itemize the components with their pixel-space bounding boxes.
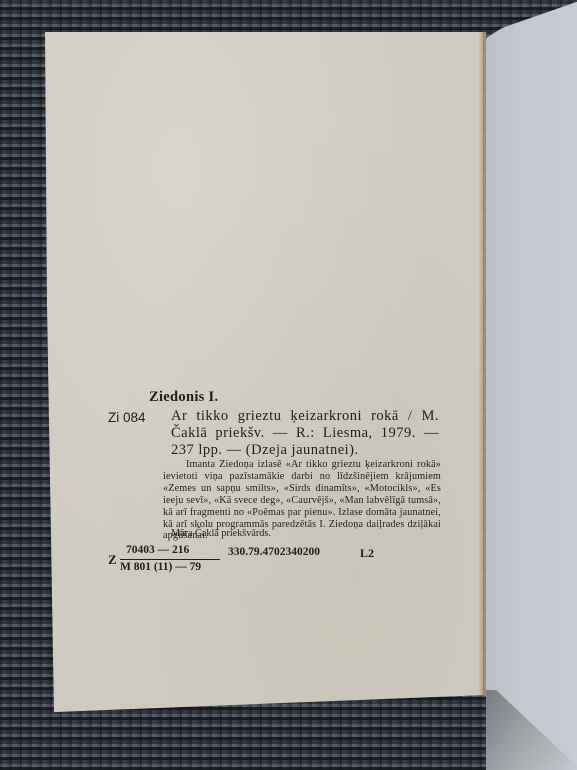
call-number: Zi 084 [108, 410, 146, 425]
page-gutter-edge [478, 32, 486, 696]
index-line: Z 70403 — 216 M 801 (11) — 79 330.79.470… [108, 544, 443, 578]
foreword-credit: Māra Čaklā priekšvārds. [171, 528, 271, 539]
index-numerator: 70403 — 216 [126, 544, 189, 556]
fraction-bar [120, 559, 220, 560]
classification-number: 330.79.4702340200 [228, 546, 320, 558]
index-denominator: M 801 (11) — 79 [120, 561, 201, 573]
index-prefix: Z [108, 552, 117, 568]
right-page [486, 0, 577, 770]
left-page [45, 32, 485, 712]
bibliographic-entry: Ar tikko grieztu ķeizarkroni rokā / M. Č… [171, 408, 439, 459]
author-name: Ziedonis I. [149, 389, 218, 406]
edition-code: L2 [360, 546, 374, 561]
